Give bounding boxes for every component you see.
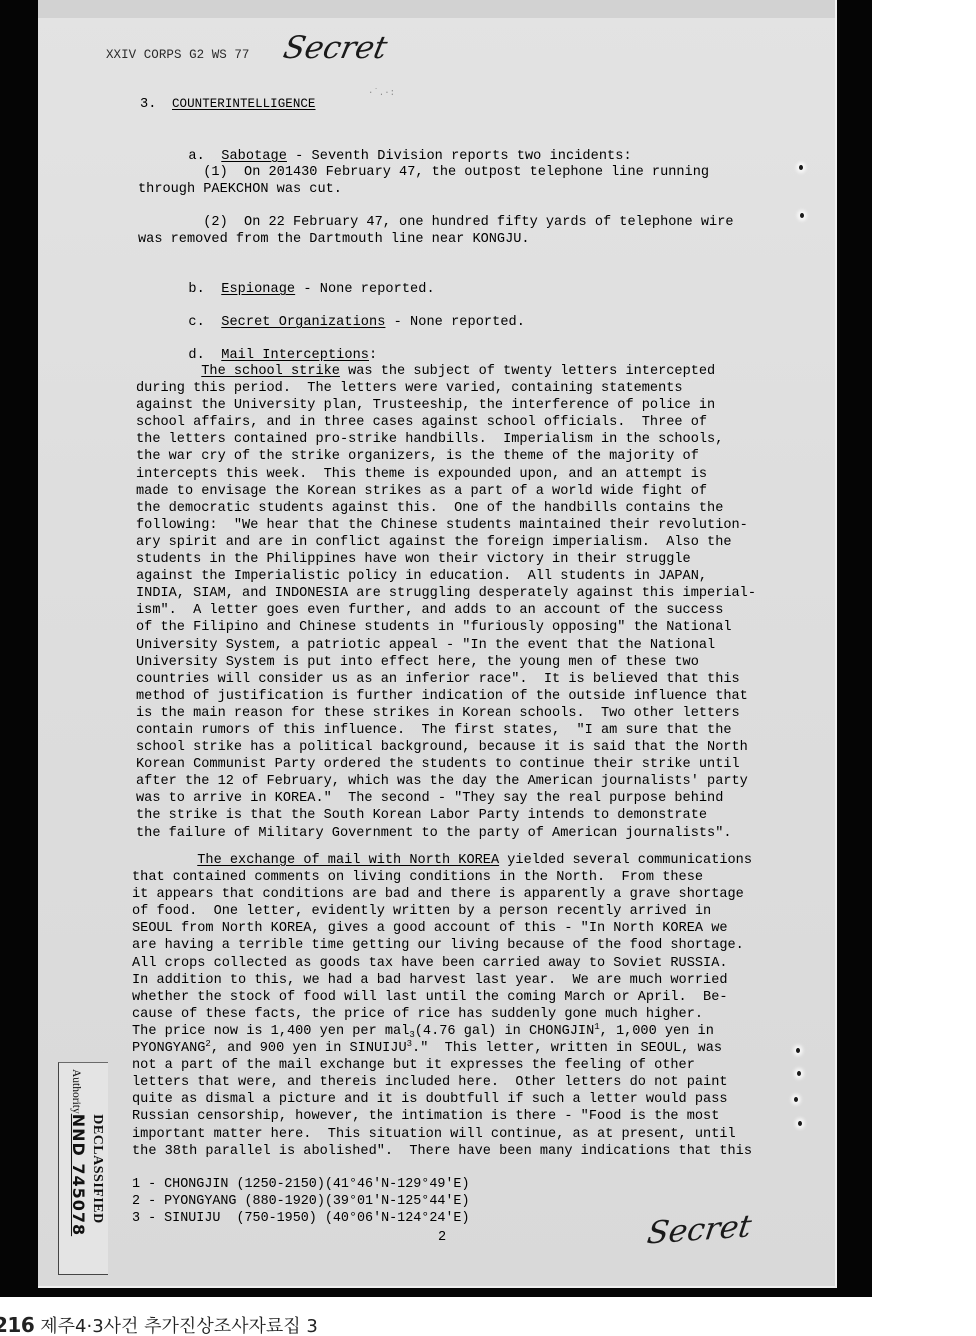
- item-d-text: :: [369, 348, 377, 363]
- item-b-text: - None reported.: [295, 282, 435, 297]
- footnote: 1 - CHONGJIN (1250-2150)(41°46'N-129°49'…: [132, 1176, 470, 1193]
- margin-mark: [799, 165, 803, 170]
- margin-mark: [797, 1071, 801, 1076]
- stamp-title: DECLASSIFIED: [88, 1069, 106, 1269]
- declassified-stamp: DECLASSIFIED AuthorityNND 745078: [58, 1062, 108, 1275]
- text-line: the democratic students against this. On…: [136, 500, 826, 517]
- text-line: following: "We hear that the Chinese stu…: [136, 517, 826, 534]
- text-line: the war cry of the strike organizers, is…: [136, 448, 826, 465]
- text-line: school affairs, and in three cases again…: [136, 414, 826, 431]
- item-c-text: - None reported.: [385, 315, 525, 330]
- underlined-lead: The school strike: [201, 364, 340, 379]
- text-line: students in the Philippines have won the…: [136, 551, 826, 568]
- margin-mark: [798, 1121, 802, 1126]
- text-line: ary spirit and are in conflict against t…: [136, 534, 826, 551]
- item-a-text: - Seventh Division reports two incidents…: [287, 149, 632, 164]
- text-line: countries will consider us as an inferio…: [136, 671, 826, 688]
- paragraph-mail-exchange: The exchange of mail with North KOREA yi…: [132, 852, 822, 1160]
- section-number: 3.: [140, 96, 156, 113]
- book-title: 제주4·3사건 추가진상조사자료집 3: [40, 1316, 318, 1336]
- incident-1-line: through PAEKCHON was cut.: [138, 181, 828, 198]
- stamp-content: DECLASSIFIED AuthorityNND 745078: [62, 1069, 106, 1269]
- stamp-authority: AuthorityNND 745078: [66, 1069, 88, 1269]
- text-line: In addition to this, we had a bad harves…: [132, 972, 822, 989]
- item-a-letter: a.: [188, 149, 204, 164]
- text-line: is the main reason for these strikes in …: [136, 705, 826, 722]
- item-d-heading: Mail Interceptions: [221, 348, 369, 363]
- book-page-number: 216: [0, 1313, 34, 1336]
- text-line: quite as dismal a picture and it is doub…: [132, 1091, 822, 1108]
- margin-mark: [800, 213, 804, 218]
- text-line: method of justification is further indic…: [136, 688, 826, 705]
- text-line: INDIA, SIAM, and INDONESIA are strugglin…: [136, 585, 826, 602]
- text-line: whether the stock of food will last unti…: [132, 989, 822, 1006]
- section-title: COUNTERINTELLIGENCE: [172, 96, 315, 113]
- text-line: University System is put into effect her…: [136, 654, 826, 671]
- text-line: that contained comments on living condit…: [132, 869, 822, 886]
- handwritten-secret-top: Secret: [280, 30, 390, 66]
- paper-top-shade: [38, 0, 835, 18]
- text-line: made to envisage the Korean strikes as a…: [136, 483, 826, 500]
- price-line: PYONGYANG2, and 900 yen in SINUIJU3." Th…: [132, 1040, 822, 1057]
- text-line: important matter here. This situation wi…: [132, 1126, 822, 1143]
- text-line: not a part of the mail exchange but it e…: [132, 1057, 822, 1074]
- page-number: 2: [438, 1229, 446, 1246]
- incident-2: (2) On 22 February 47, one hundred fifty…: [138, 214, 828, 248]
- book-footer: 216제주4·3사건 추가진상조사자료집 3: [0, 1312, 594, 1336]
- text-line: the 38th parallel is abolished". There h…: [132, 1143, 822, 1160]
- text-line: ism". A letter goes even further, and ad…: [136, 602, 826, 619]
- ink-smudge: ·˙.·:: [368, 88, 395, 98]
- footnote: 2 - PYONGYANG (880-1920)(39°01'N-125°44'…: [132, 1193, 470, 1210]
- document-header: XXIV CORPS G2 WS 77: [106, 47, 249, 64]
- text-line: contain rumors of this influence. The fi…: [136, 722, 826, 739]
- text-line: cause of these facts, the price of rice …: [132, 1006, 822, 1023]
- text-line: SEOUL from North KOREA, gives a good acc…: [132, 920, 822, 937]
- handwritten-secret-bottom: Secret: [645, 1208, 754, 1251]
- item-b-letter: b.: [188, 282, 204, 297]
- paragraph-school-strike: The school strike was the subject of twe…: [136, 363, 826, 842]
- text-line: it appears that conditions are bad and t…: [132, 886, 822, 903]
- text-line: was to arrive in KOREA." The second - "T…: [136, 790, 826, 807]
- item-c: c. Secret Organizations - None reported.: [172, 297, 525, 331]
- text-line: against the University plan, Trusteeship…: [136, 397, 826, 414]
- text-line: the failure of Military Government to th…: [136, 825, 826, 842]
- text-line: Russian censorship, however, the intimat…: [132, 1108, 822, 1125]
- item-c-letter: c.: [188, 315, 204, 330]
- text-line: are having a terrible time getting our l…: [132, 937, 822, 954]
- paragraph-lead-line: The exchange of mail with North KOREA yi…: [132, 852, 822, 869]
- text-line: during this period. The letters were var…: [136, 380, 826, 397]
- item-d: d. Mail Interceptions:: [172, 330, 377, 364]
- incident-2-line: was removed from the Dartmouth line near…: [138, 231, 828, 248]
- stamp-authority-number: NND 745078: [69, 1113, 88, 1235]
- underlined-lead: The exchange of mail with North KOREA: [197, 853, 499, 868]
- item-b-heading: Espionage: [221, 282, 295, 297]
- text-line: after the 12 of February, which was the …: [136, 773, 826, 790]
- text-line: University System, a patriotic appeal - …: [136, 637, 826, 654]
- item-c-heading: Secret Organizations: [221, 315, 385, 330]
- margin-mark: [796, 1048, 800, 1053]
- incident-1-line: (1) On 201430 February 47, the outpost t…: [138, 164, 828, 181]
- item-a-heading: Sabotage: [221, 149, 287, 164]
- paragraph-lead-line: The school strike was the subject of twe…: [136, 363, 826, 380]
- margin-mark: [794, 1097, 798, 1102]
- text-line: school strike has a political background…: [136, 739, 826, 756]
- text-line: All crops collected as goods tax have be…: [132, 955, 822, 972]
- item-a: a. Sabotage - Seventh Division reports t…: [172, 131, 632, 165]
- text-line: the strike is that the South Korean Labo…: [136, 807, 826, 824]
- text-line: the letters contained pro-strike handbil…: [136, 431, 826, 448]
- text-line: letters that were, and thereis included …: [132, 1074, 822, 1091]
- price-line: The price now is 1,400 yen per mal3(4.76…: [132, 1023, 822, 1040]
- item-b: b. Espionage - None reported.: [172, 264, 435, 298]
- footnote: 3 - SINUIJU (750-1950) (40°06'N-124°24'E…: [132, 1210, 470, 1227]
- text-line: of food. One letter, evidently written b…: [132, 903, 822, 920]
- text-line: of the Filipino and Chinese students in …: [136, 619, 826, 636]
- incident-2-line: (2) On 22 February 47, one hundred fifty…: [138, 214, 828, 231]
- text-line: intercepts this week. This theme is expo…: [136, 466, 826, 483]
- text-line: against the Imperialistic policy in educ…: [136, 568, 826, 585]
- item-d-letter: d.: [188, 348, 204, 363]
- text-line: Korean Communist Party ordered the stude…: [136, 756, 826, 773]
- incident-1: (1) On 201430 February 47, the outpost t…: [138, 164, 828, 198]
- footnotes: 1 - CHONGJIN (1250-2150)(41°46'N-129°49'…: [132, 1176, 470, 1227]
